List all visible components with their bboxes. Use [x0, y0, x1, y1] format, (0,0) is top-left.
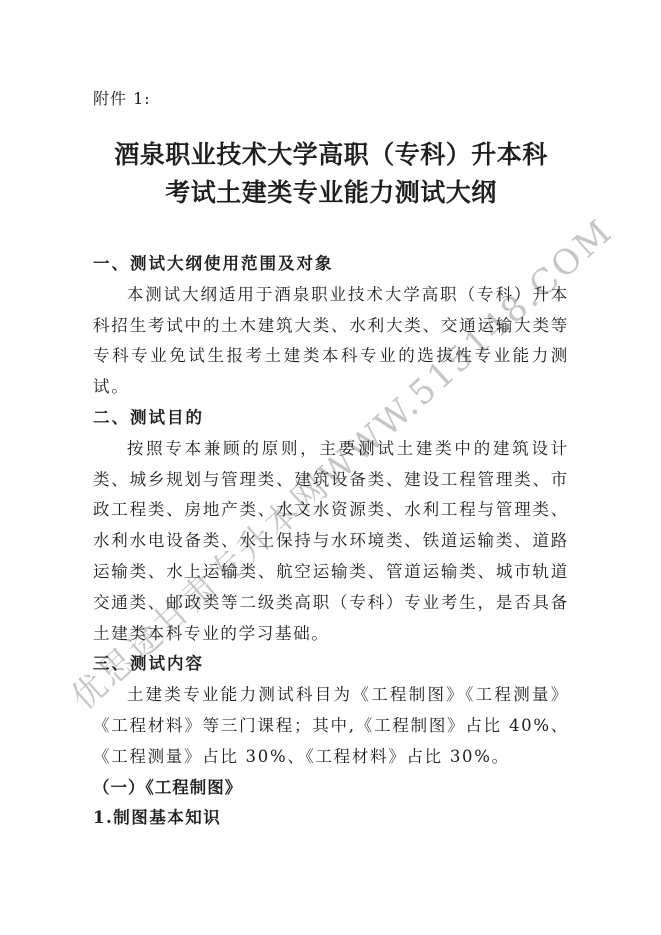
title-line-2: 考试土建类专业能力测试大纲 — [93, 174, 569, 212]
outline-item-drawing-basics: 1.制图基本知识 — [93, 803, 569, 834]
document-content: 附件 1: 酒泉职业技术大学高职（专科）升本科 考试土建类专业能力测试大纲 一、… — [93, 0, 569, 834]
document-body: 一、测试大纲使用范围及对象 本测试大纲适用于酒泉职业技术大学高职（专科）升本科招… — [93, 249, 569, 834]
subsection-heading-engineering-drawing: （一）《工程制图》 — [93, 773, 569, 804]
section-paragraph-scope: 本测试大纲适用于酒泉职业技术大学高职（专科）升本科招生考试中的土木建筑大类、水利… — [93, 280, 569, 403]
section-paragraph-content: 土建类专业能力测试科目为《工程制图》《工程测量》《工程材料》等三门课程；其中,《… — [93, 680, 569, 772]
section-paragraph-purpose: 按照专本兼顾的原则，主要测试土建类中的建筑设计类、城乡规划与管理类、建筑设备类、… — [93, 434, 569, 650]
section-heading-content: 三、测试内容 — [93, 649, 569, 680]
document-title: 酒泉职业技术大学高职（专科）升本科 考试土建类专业能力测试大纲 — [93, 136, 569, 212]
attachment-label: 附件 1: — [93, 89, 569, 109]
title-line-1: 酒泉职业技术大学高职（专科）升本科 — [93, 136, 569, 174]
document-page: 优思途甘肃专升本网WWW.515148.COM 附件 1: 酒泉职业技术大学高职… — [0, 0, 661, 935]
section-heading-scope: 一、测试大纲使用范围及对象 — [93, 249, 569, 280]
section-heading-purpose: 二、测试目的 — [93, 403, 569, 434]
